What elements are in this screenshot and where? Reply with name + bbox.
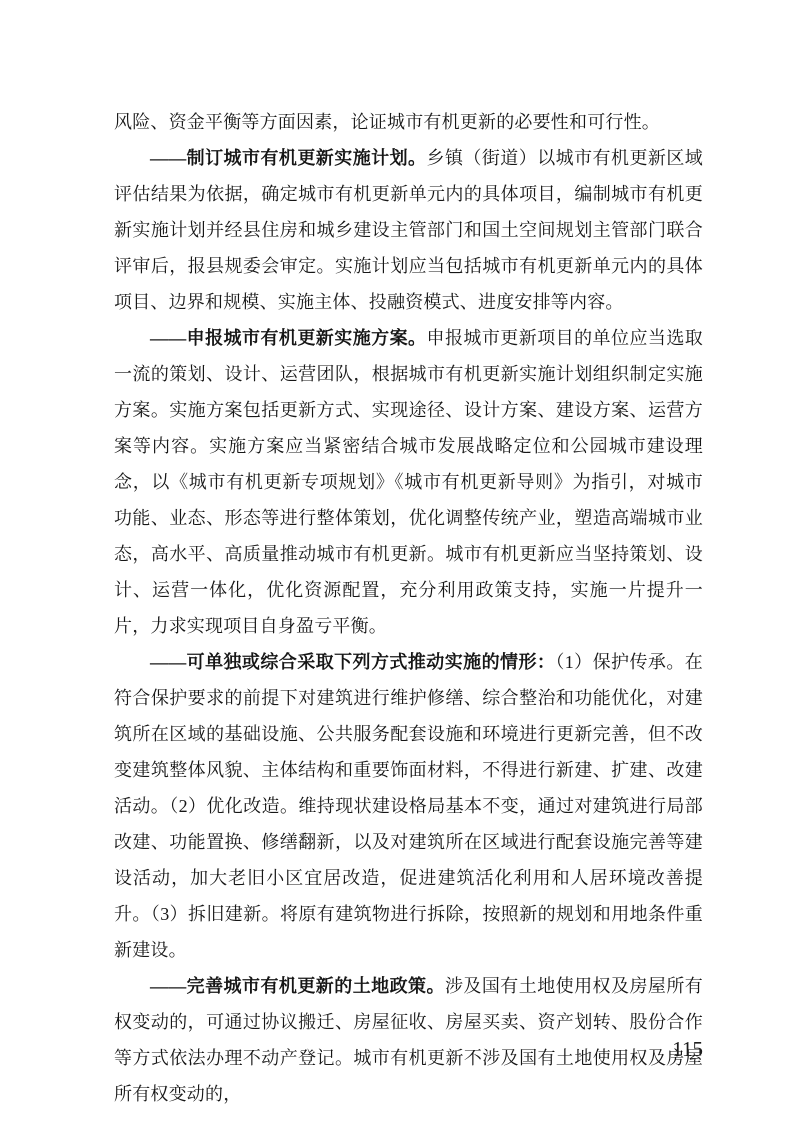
paragraph-lead: ——申报城市有机更新实施方案。 — [150, 328, 427, 348]
paragraph-text: 申报城市更新项目的单位应当选取一流的策划、设计、运营团队，根据城市有机更新实施计… — [114, 328, 703, 636]
document-page: 风险、资金平衡等方面因素，论证城市有机更新的必要性和可行性。 ——制订城市有机更… — [0, 0, 793, 1122]
document-body: 风险、资金平衡等方面因素，论证城市有机更新的必要性和可行性。 ——制订城市有机更… — [114, 104, 703, 1112]
paragraph-text: （1）保护传承。在符合保护要求的前提下对建筑进行维护修缮、综合整治和功能优化，对… — [114, 652, 703, 960]
paragraph-text: 风险、资金平衡等方面因素，论证城市有机更新的必要性和可行性。 — [114, 112, 660, 132]
paragraph-lead: ——完善城市有机更新的土地政策。 — [150, 976, 445, 996]
paragraph: ——可单独或综合采取下列方式推动实施的情形：（1）保护传承。在符合保护要求的前提… — [114, 644, 703, 968]
paragraph-lead: ——可单独或综合采取下列方式推动实施的情形： — [150, 652, 555, 672]
paragraph-text: 乡镇（街道）以城市有机更新区域评估结果为依据，确定城市有机更新单元内的具体项目，… — [114, 148, 703, 312]
paragraph: ——制订城市有机更新实施计划。乡镇（街道）以城市有机更新区域评估结果为依据，确定… — [114, 140, 703, 320]
paragraph-lead: ——制订城市有机更新实施计划。 — [150, 148, 427, 168]
paragraph: 风险、资金平衡等方面因素，论证城市有机更新的必要性和可行性。 — [114, 104, 703, 140]
paragraph: ——申报城市有机更新实施方案。申报城市更新项目的单位应当选取一流的策划、设计、运… — [114, 320, 703, 644]
page-number: 115 — [114, 1036, 703, 1062]
